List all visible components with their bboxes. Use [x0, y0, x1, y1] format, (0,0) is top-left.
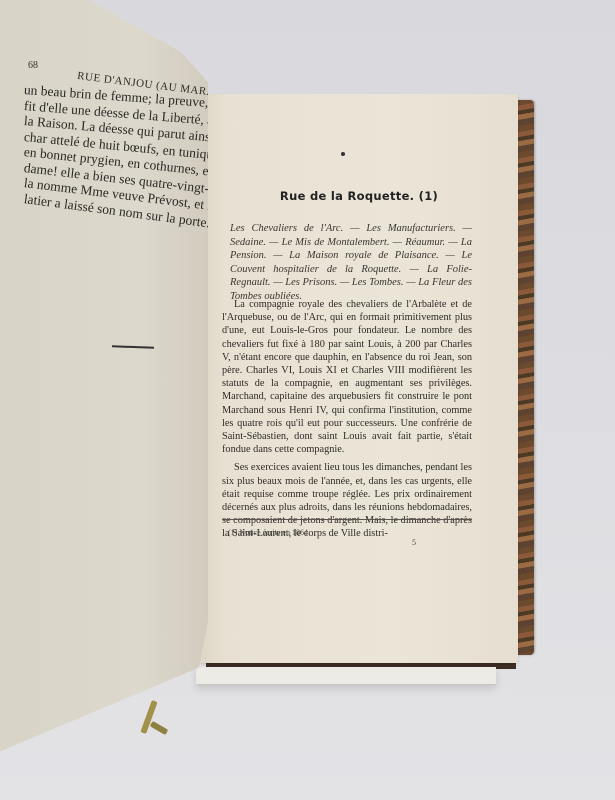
bookmark-ribbon-end	[150, 721, 169, 735]
marbled-board-edge	[516, 100, 534, 655]
book-stand	[196, 667, 496, 685]
footnote-rule	[222, 519, 472, 520]
left-page-text: un beau brin de femme; la preuve, c'est …	[24, 82, 224, 206]
section-rule	[112, 345, 154, 348]
chapter-title: Rue de la Roquette. (1)	[200, 189, 518, 203]
paragraph: La compagnie royale des chevaliers de l'…	[222, 298, 472, 456]
page-number: 5	[412, 538, 416, 547]
book-photo: Rue de la Roquette. (1) Les Chevaliers d…	[0, 0, 615, 800]
chapter-summary: Les Chevaliers de l'Arc. — Les Manufactu…	[230, 222, 472, 304]
left-page-curled: 68 RUE D'ANJOU (AU MARAIS). un beau brin…	[0, 0, 208, 760]
ornament-dot	[341, 152, 345, 156]
page-number: 68	[28, 60, 38, 71]
right-page: Rue de la Roquette. (1) Les Chevaliers d…	[200, 94, 518, 663]
body-text: La compagnie royale des chevaliers de l'…	[222, 298, 472, 546]
footnote: (1) Notice écrite en 1864.	[228, 528, 310, 537]
